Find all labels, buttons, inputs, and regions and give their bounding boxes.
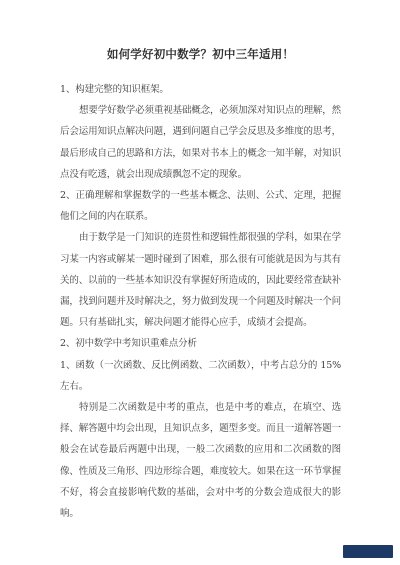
page-title: 如何学好初中数学？初中三年适用！ (60, 46, 341, 63)
paragraph: 想要学好数学必须重视基础概念，必须加深对知识点的理解，然后会运用知识点解决问题，… (60, 100, 341, 185)
paragraph: 由于数学是一门知识的连贯性和逻辑性都很强的学科，如果在学习某一内容或解某一题时碰… (60, 227, 341, 333)
document-content: 如何学好初中数学？初中三年适用！ 1、构建完整的知识框架。想要学好数学必须重视基… (60, 46, 341, 524)
document-body: 1、构建完整的知识框架。想要学好数学必须重视基础概念，必须加深对知识点的理解，然… (60, 79, 341, 524)
paragraph: 2、初中数学中考知识重难点分析 (60, 333, 341, 354)
watermark-badge (343, 545, 393, 558)
document-page: 如何学好初中数学？初中三年适用！ 1、构建完整的知识框架。想要学好数学必须重视基… (0, 0, 400, 565)
paragraph: 1、构建完整的知识框架。 (60, 79, 341, 100)
paragraph: 1、函数（一次函数、反比例函数、二次函数），中考占总分的 15% 左右。 (60, 355, 341, 397)
paragraph: 2、正确理解和掌握数学的一些基本概念、法则、公式、定理，把握他们之间的内在联系。 (60, 185, 341, 227)
paragraph: 特别是二次函数是中考的重点，也是中考的难点，在填空、选择、解答题中均会出现，且知… (60, 397, 341, 524)
